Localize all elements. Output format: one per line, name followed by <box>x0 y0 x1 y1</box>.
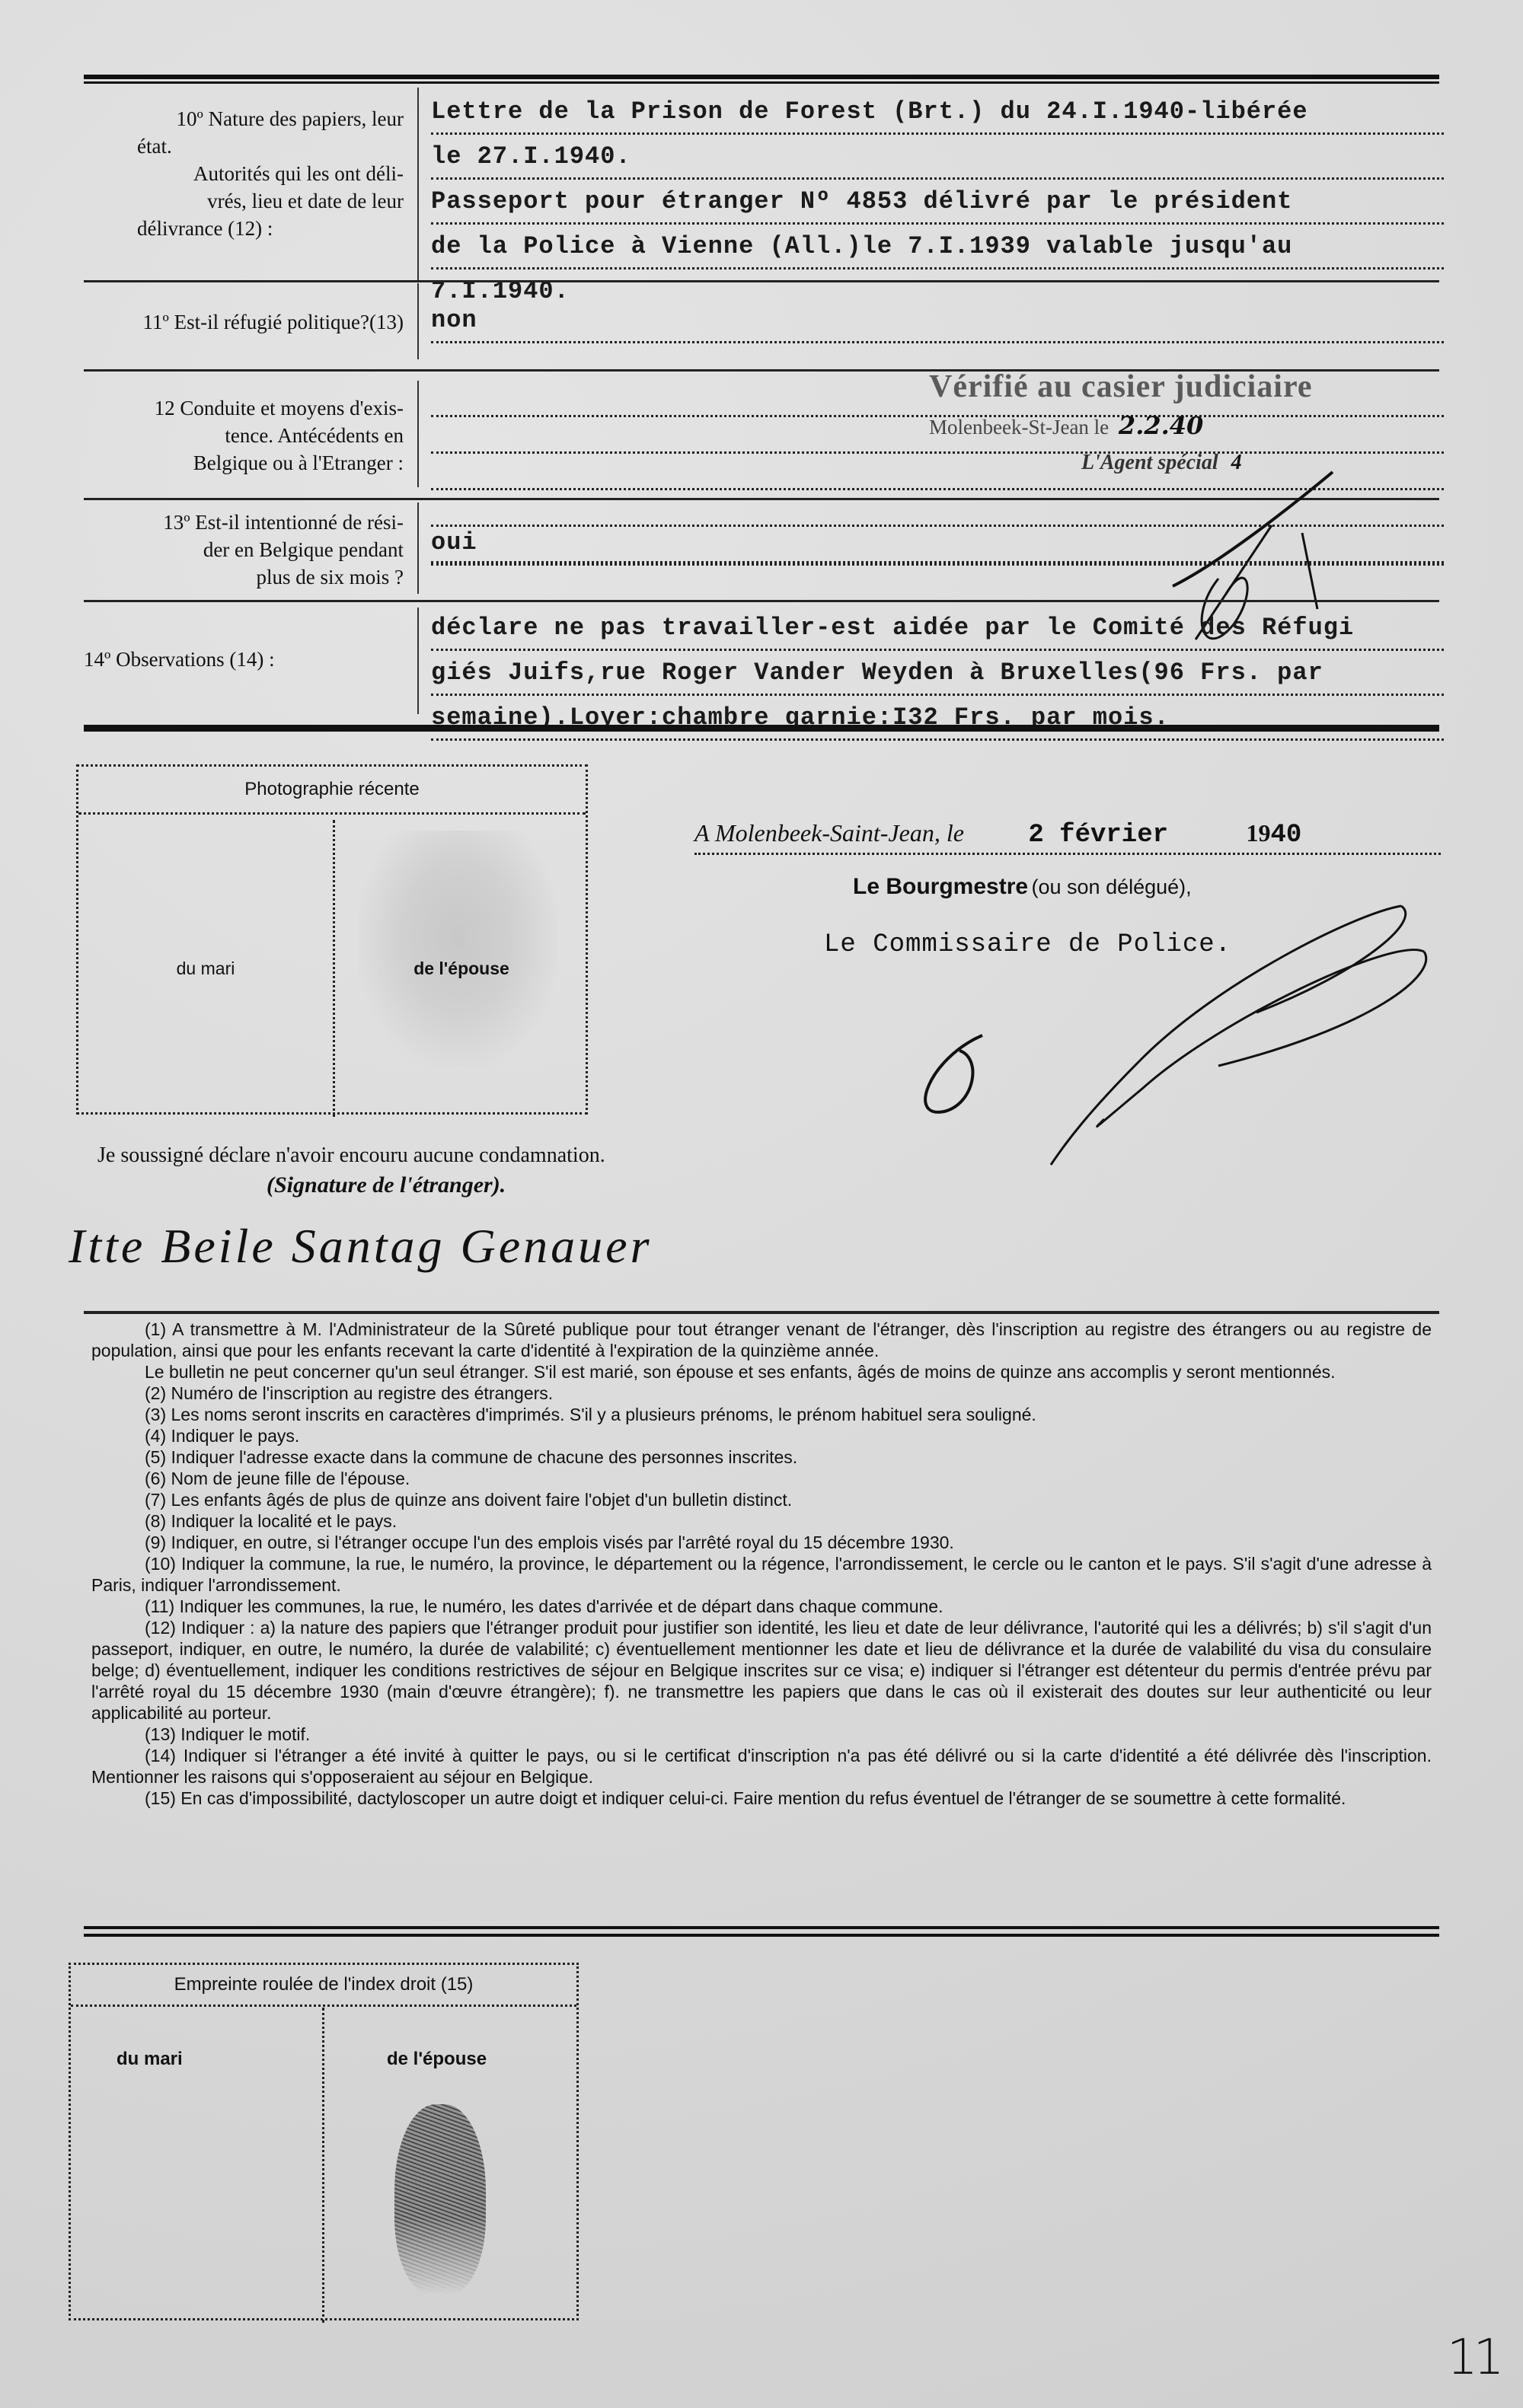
footnote: (8) Indiquer la localité et le pays. <box>91 1510 1432 1532</box>
row-10-value: Lettre de la Prison de Forest (Brt.) du … <box>431 90 1444 312</box>
row-11-value-line: non <box>431 298 1444 343</box>
row-10-label-line: état. <box>84 132 404 160</box>
row-13-label-line: plus de six mois ? <box>84 563 404 591</box>
fingerprint-wife-label: de l'épouse <box>387 2049 487 2070</box>
row-12-label: 12 Conduite et moyens d'exis- tence. Ant… <box>84 394 404 477</box>
footnote: (3) Les noms seront inscrits en caractèr… <box>91 1404 1432 1425</box>
row-14-value-line: déclare ne pas travailler-est aidée par … <box>431 606 1444 651</box>
footnote: (12) Indiquer : a) la nature des papiers… <box>91 1617 1432 1724</box>
footnote: (7) Les enfants âgés de plus de quinze a… <box>91 1489 1432 1510</box>
issuance-year-suffix: 40 <box>1270 821 1301 850</box>
issuance-day-month: 2 février <box>1028 821 1168 850</box>
footnote: (15) En cas d'impossibilité, dactyloscop… <box>91 1788 1432 1809</box>
footnote: (9) Indiquer, en outre, si l'étranger oc… <box>91 1532 1432 1553</box>
footnote: (6) Nom de jeune fille de l'épouse. <box>91 1468 1432 1489</box>
footnote: (4) Indiquer le pays. <box>91 1425 1432 1446</box>
column-divider <box>417 381 419 487</box>
footnotes: (1) A transmettre à M. l'Administrateur … <box>91 1319 1432 1809</box>
stamp-place-line: Molenbeek-St-Jean le 2.2.40 <box>929 411 1447 440</box>
declaration-text: Je soussigné déclare n'avoir encouru auc… <box>97 1143 752 1168</box>
stamp-place: Molenbeek-St-Jean le <box>929 416 1109 439</box>
footnote: (5) Indiquer l'adresse exacte dans la co… <box>91 1446 1432 1468</box>
row-14-label-line: 14º Observations (14) : <box>84 646 404 673</box>
row-10-label-line: vrés, lieu et date de leur <box>84 187 404 215</box>
photo-box: Photographie récente du mari de l'épouse <box>76 764 588 1115</box>
footnote: (14) Indiquer si l'étranger a été invité… <box>91 1745 1432 1788</box>
photo-wife-area <box>359 831 558 1067</box>
row-10-label: 10º Nature des papiers, leur état. Autor… <box>84 105 404 242</box>
footnote: (11) Indiquer les communes, la rue, le n… <box>91 1596 1432 1617</box>
row-14-value: déclare ne pas travailler-est aidée par … <box>431 606 1444 741</box>
column-divider <box>417 502 419 594</box>
row-separator <box>84 600 1439 602</box>
row-11-label-line: 11º Est-il réfugié politique?(13) <box>84 308 404 336</box>
fingerprint-wife-impression <box>394 2104 486 2295</box>
footnote: (1) A transmettre à M. l'Administrateur … <box>91 1319 1432 1361</box>
footnote: (13) Indiquer le motif. <box>91 1724 1432 1745</box>
row-12-label-line: tence. Antécédents en <box>84 422 404 449</box>
issuance-place-prefix: A Molenbeek-Saint-Jean, le <box>694 819 964 847</box>
issuance-year-prefix: 19 <box>1246 819 1270 847</box>
footnote: (2) Numéro de l'inscription au registre … <box>91 1383 1432 1404</box>
row-13-label-line: der en Belgique pendant <box>84 536 404 563</box>
fingerprint-box-title: Empreinte roulée de l'index droit (15) <box>71 1965 576 2007</box>
row-12-label-line: Belgique ou à l'Etranger : <box>84 449 404 477</box>
stamp-title: Vérifié au casier judiciaire <box>929 368 1447 405</box>
stamp-date-handwritten: 2.2.40 <box>1119 411 1203 440</box>
fingerprint-husband-label: du mari <box>117 2049 183 2070</box>
row-14-label: 14º Observations (14) : <box>84 646 404 673</box>
photo-husband-label: du mari <box>78 958 333 979</box>
row-10-label-line: délivrance (12) : <box>84 215 404 242</box>
row-13-label-line: 13º Est-il intentionné de rési- <box>84 509 404 536</box>
row-12-label-line: 12 Conduite et moyens d'exis- <box>84 394 404 422</box>
column-divider <box>417 608 419 714</box>
fingerprint-box-divider <box>322 2008 324 2323</box>
photo-box-title: Photographie récente <box>78 767 586 815</box>
foreigner-signature: Itte Beile Santag Genauer <box>69 1218 652 1274</box>
row-14-value-line: semaine).Loyer:chambre garnie:I32 Frs. p… <box>431 696 1444 741</box>
top-double-rule <box>84 75 1439 84</box>
issuance-place-date: A Molenbeek-Saint-Jean, le 2 février 194… <box>694 819 1441 855</box>
footnotes-bottom-rule <box>84 1926 1439 1937</box>
commissioner-signature <box>899 891 1432 1180</box>
photo-wife-label: de l'épouse <box>334 958 589 979</box>
row-10-label-line: Autorités qui les ont déli- <box>84 160 404 187</box>
column-divider <box>417 88 419 282</box>
fingerprint-box: Empreinte roulée de l'index droit (15) d… <box>69 1963 579 2320</box>
row-10-value-line: le 27.I.1940. <box>431 135 1444 180</box>
row-separator <box>84 280 1439 282</box>
row-10-value-line: de la Police à Vienne (All.)le 7.I.1939 … <box>431 225 1444 270</box>
signature-caption: (Signature de l'étranger). <box>267 1172 647 1198</box>
judicial-record-stamp: Vérifié au casier judiciaire Molenbeek-S… <box>929 368 1447 475</box>
row-10-value-line: Passeport pour étranger Nº 4853 délivré … <box>431 180 1444 225</box>
footnote: Le bulletin ne peut concerner qu'un seul… <box>91 1361 1432 1383</box>
row-13-label: 13º Est-il intentionné de rési- der en B… <box>84 509 404 591</box>
row-11-label: 11º Est-il réfugié politique?(13) <box>84 308 404 336</box>
section-rule <box>84 725 1439 732</box>
footnote: (10) Indiquer la commune, la rue, le num… <box>91 1553 1432 1596</box>
row-10-label-line: 10º Nature des papiers, leur <box>84 105 404 132</box>
row-14-value-line: giés Juifs,rue Roger Vander Weyden à Bru… <box>431 651 1444 696</box>
column-divider <box>417 283 419 359</box>
footnotes-top-rule <box>84 1311 1439 1314</box>
row-10-value-line: Lettre de la Prison de Forest (Brt.) du … <box>431 90 1444 135</box>
row-11-value: non <box>431 298 1444 343</box>
page-number-handwritten: 11 <box>1447 2330 1499 2386</box>
